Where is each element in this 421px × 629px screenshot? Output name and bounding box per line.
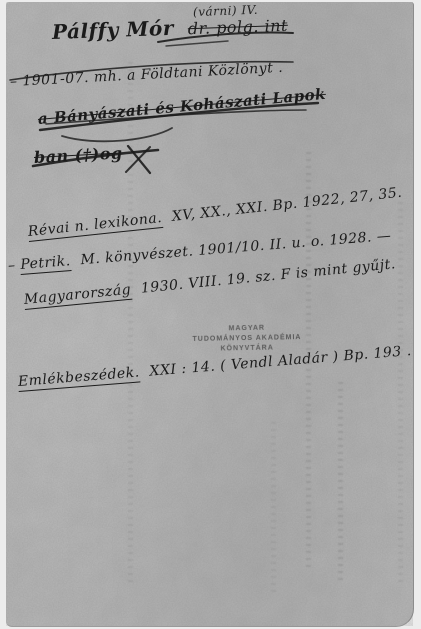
petrik-dash: – bbox=[7, 257, 16, 274]
bleed-through-column bbox=[338, 382, 343, 582]
library-stamp: MAGYAR TUDOMÁNYOS AKADÉMIA KÖNYVTÁRA bbox=[172, 323, 323, 356]
title-struck-text: dr. polg. int bbox=[188, 16, 289, 38]
person-name: Pálffy Mór bbox=[52, 16, 175, 44]
bleed-through-column bbox=[128, 62, 133, 582]
bleed-through-column bbox=[271, 422, 276, 592]
bleed-through-column bbox=[398, 202, 403, 582]
